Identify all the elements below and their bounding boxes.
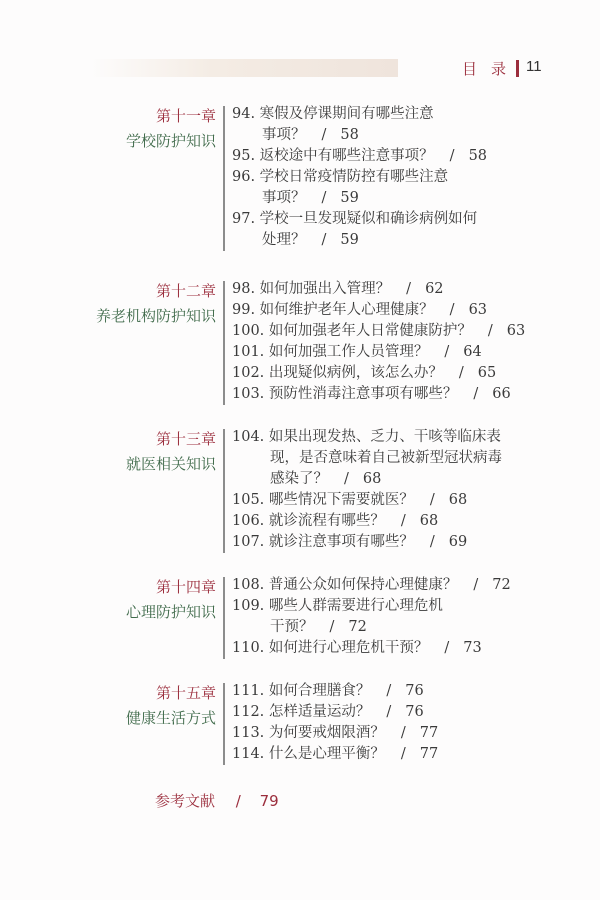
toc-item-109-cont[interactable]: 干预？/72 (232, 617, 511, 638)
toc-item-104[interactable]: 104. 如果出现发热、乏力、干咳等临床表 (232, 427, 502, 448)
chapter-name: 健康生活方式 (126, 705, 216, 731)
chapter-divider (223, 683, 225, 765)
toc-item-105[interactable]: 105. 哪些情况下需要就医？/68 (232, 490, 502, 511)
chapter-number: 第十四章 (126, 575, 216, 599)
toc-item-101[interactable]: 101. 如何加强工作人员管理？/64 (232, 342, 525, 363)
toc-item-96-cont[interactable]: 事项？/59 (232, 188, 487, 209)
page-number: 11 (526, 58, 542, 75)
toc-item-107[interactable]: 107. 就诊注意事项有哪些？/69 (232, 532, 502, 553)
references-label: 参考文献 (155, 792, 215, 810)
chapter-divider (223, 106, 225, 251)
chapter-name: 心理防护知识 (126, 599, 216, 625)
toc-item-94[interactable]: 94. 寒假及停课期间有哪些注意 (232, 104, 487, 125)
toc-item-113[interactable]: 113. 为何要戒烟限酒？/77 (232, 723, 438, 744)
chapter-name: 就医相关知识 (126, 451, 216, 477)
chapter-divider (223, 429, 225, 553)
toc-item-97[interactable]: 97. 学校一旦发现疑似和确诊病例如何 (232, 209, 487, 230)
toc-item-104-cont2[interactable]: 感染了？/68 (232, 469, 502, 490)
references-page: 79 (260, 792, 279, 810)
chapter-number: 第十五章 (126, 681, 216, 705)
toc-item-110[interactable]: 110. 如何进行心理危机干预？/73 (232, 638, 511, 659)
toc-item-96[interactable]: 96. 学校日常疫情防控有哪些注意 (232, 167, 487, 188)
toc-items: 98. 如何加强出入管理？/62 99. 如何维护老年人心理健康？/63 100… (232, 279, 525, 405)
toc-items: 108. 普通公众如何保持心理健康？/72 109. 哪些人群需要进行心理危机 … (232, 575, 511, 659)
toc-items: 94. 寒假及停课期间有哪些注意 事项？/58 95. 返校途中有哪些注意事项？… (232, 104, 487, 251)
toc-item-95[interactable]: 95. 返校途中有哪些注意事项？/58 (232, 146, 487, 167)
toc-item-108[interactable]: 108. 普通公众如何保持心理健康？/72 (232, 575, 511, 596)
toc-item-112[interactable]: 112. 怎样适量运动？/76 (232, 702, 438, 723)
toc-item-109[interactable]: 109. 哪些人群需要进行心理危机 (232, 596, 511, 617)
toc-items: 111. 如何合理膳食？/76 112. 怎样适量运动？/76 113. 为何要… (232, 681, 438, 765)
chapter-name: 学校防护知识 (126, 128, 216, 154)
chapter-number: 第十二章 (96, 279, 216, 303)
chapter-divider (223, 281, 225, 405)
chapter-number: 第十一章 (126, 104, 216, 128)
toc-item-114[interactable]: 114. 什么是心理平衡？/77 (232, 744, 438, 765)
toc-item-111[interactable]: 111. 如何合理膳食？/76 (232, 681, 438, 702)
toc-item-98[interactable]: 98. 如何加强出入管理？/62 (232, 279, 525, 300)
toc-item-102[interactable]: 102. 出现疑似病例，该怎么办？/65 (232, 363, 525, 384)
header-band (90, 59, 398, 77)
toc-item-100[interactable]: 100. 如何加强老年人日常健康防护？/63 (232, 321, 525, 342)
toc-item-97-cont[interactable]: 处理？/59 (232, 230, 487, 251)
toc-items: 104. 如果出现发热、乏力、干咳等临床表 现，是否意味着自己被新型冠状病毒 感… (232, 427, 502, 553)
toc-item-103[interactable]: 103. 预防性消毒注意事项有哪些？/66 (232, 384, 525, 405)
chapter-name: 养老机构防护知识 (96, 303, 216, 329)
toc-item-99[interactable]: 99. 如何维护老年人心理健康？/63 (232, 300, 525, 321)
chapter-divider (223, 577, 225, 659)
toc-item-104-cont[interactable]: 现，是否意味着自己被新型冠状病毒 (232, 448, 502, 469)
references-entry[interactable]: 参考文献 / 79 (155, 790, 279, 811)
header-divider (516, 60, 519, 77)
toc-item-106[interactable]: 106. 就诊流程有哪些？/68 (232, 511, 502, 532)
toc-item-94-cont[interactable]: 事项？/58 (232, 125, 487, 146)
header-title: 目录 (462, 58, 520, 79)
chapter-number: 第十三章 (126, 427, 216, 451)
